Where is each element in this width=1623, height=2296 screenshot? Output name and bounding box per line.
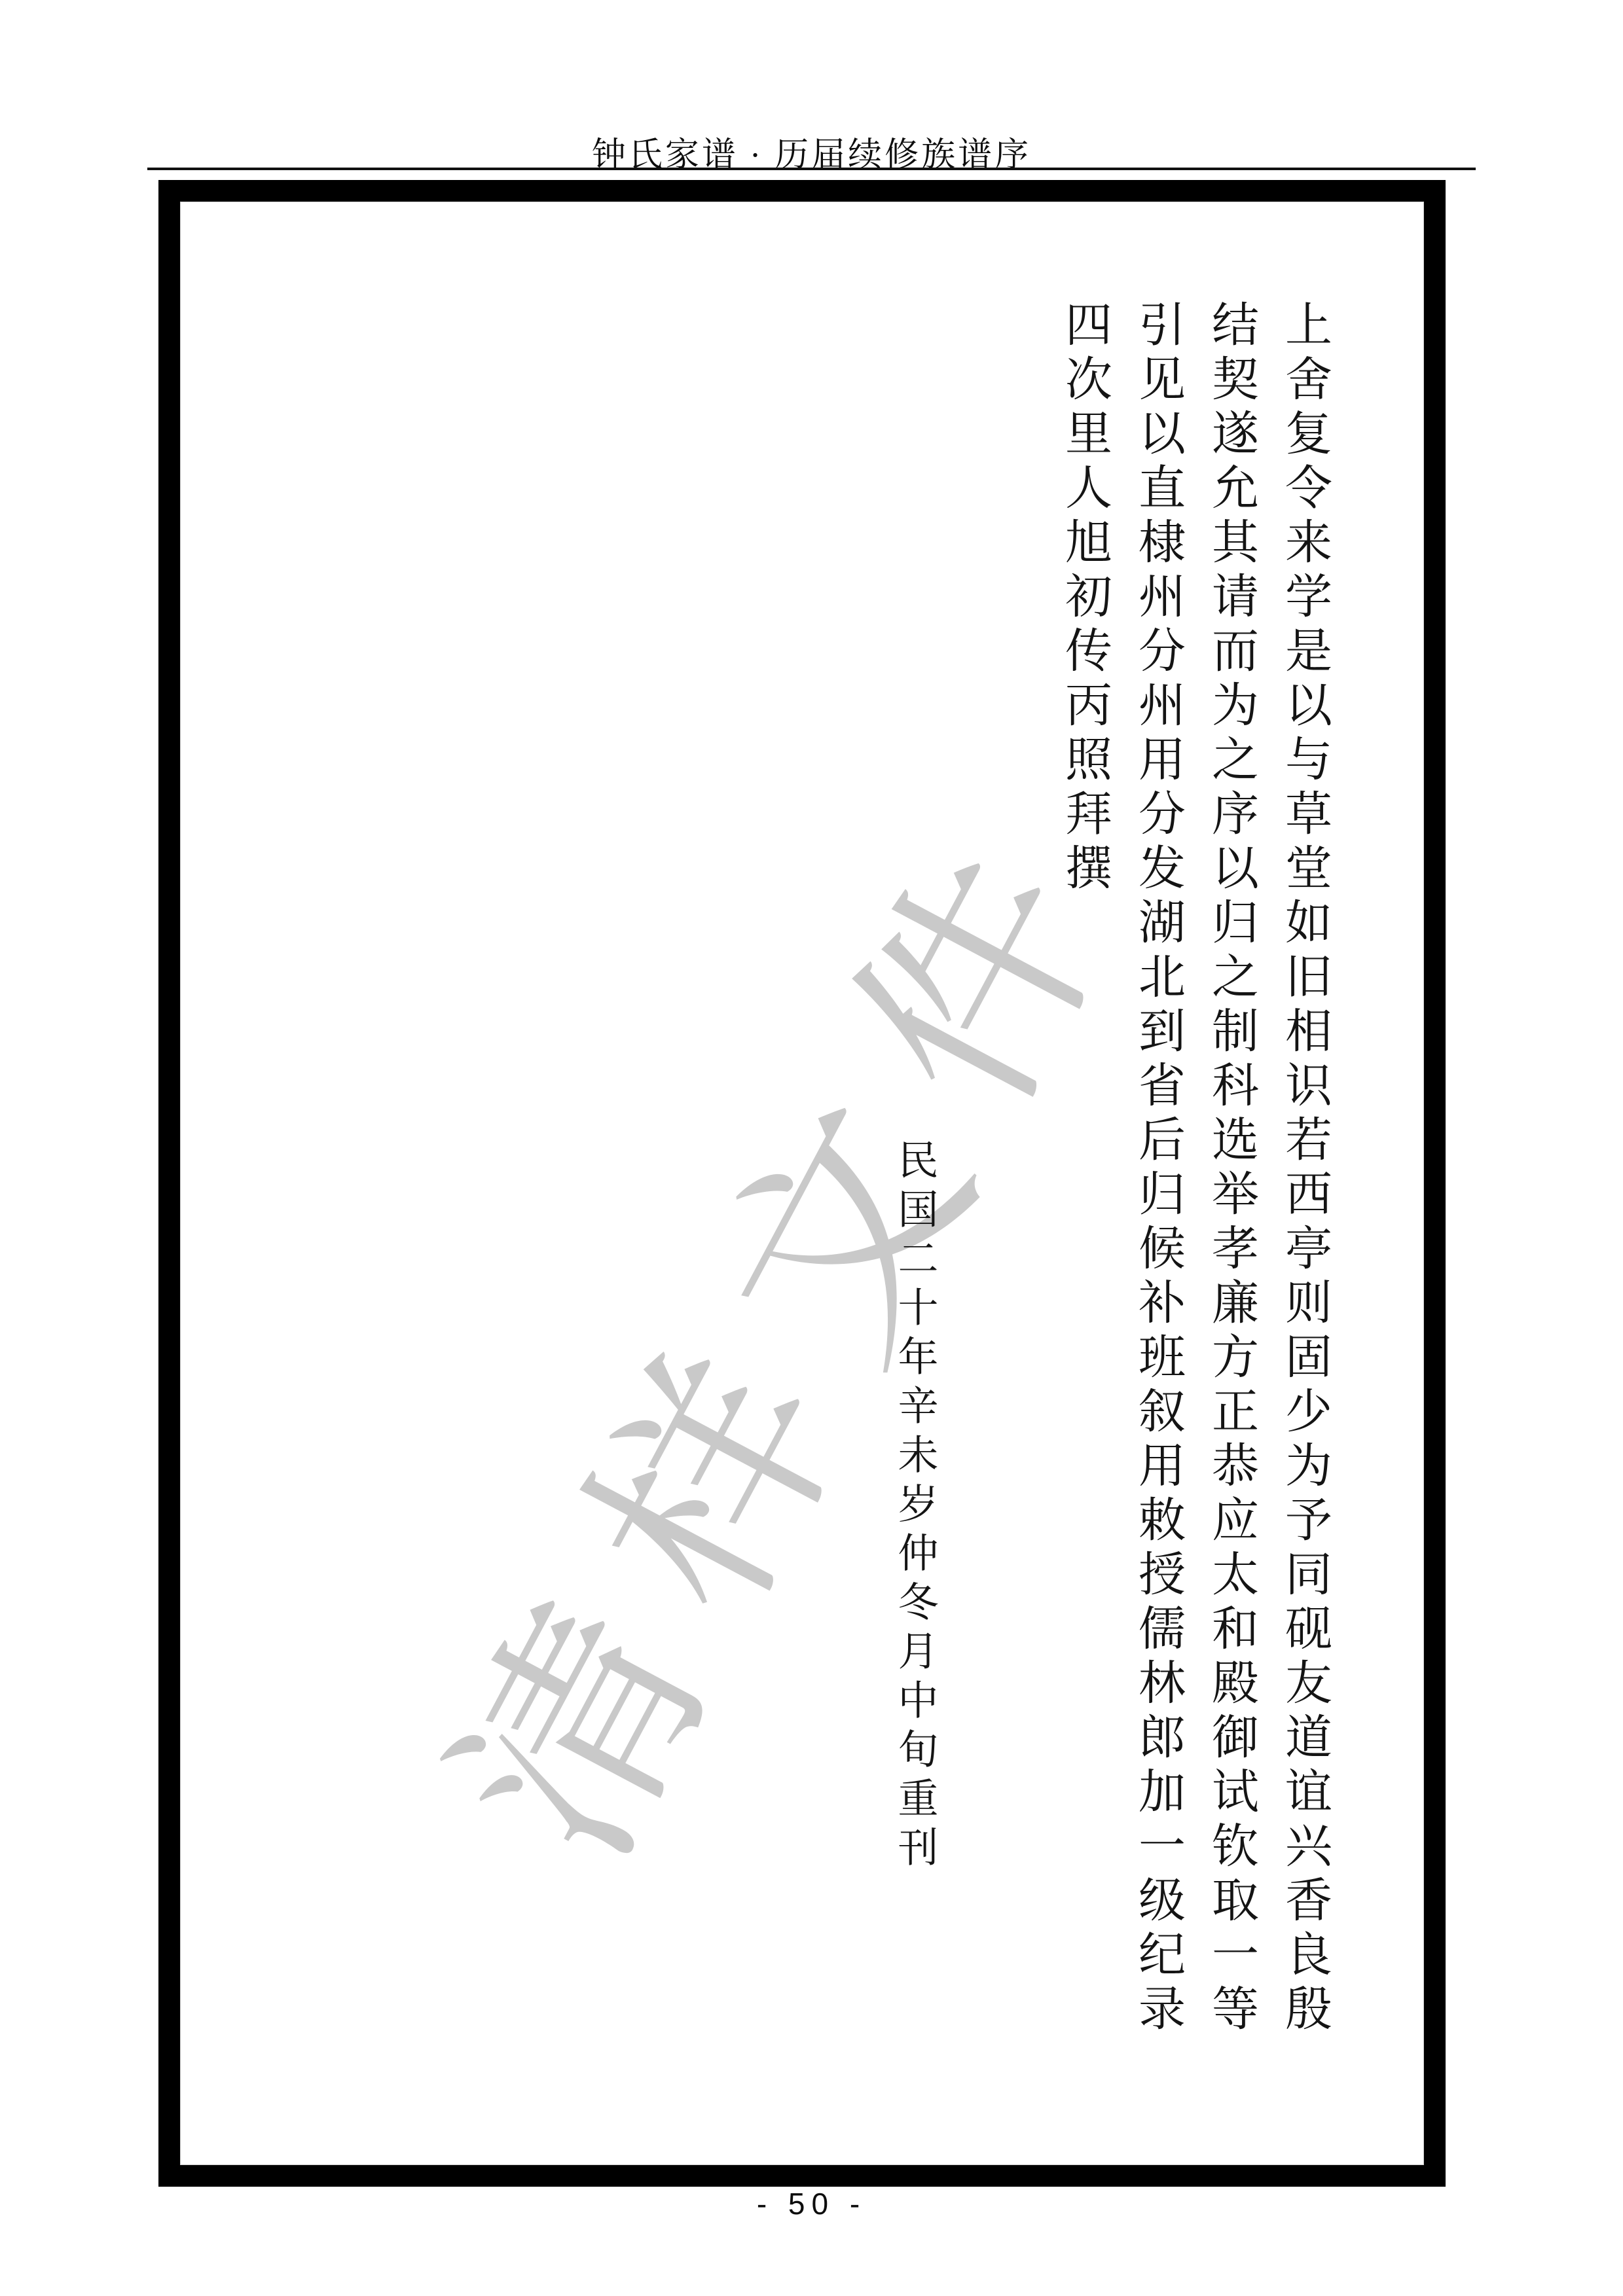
genealogy-page: 钟氏家谱 · 历届续修族谱序 清样文件 上舍复令来学是以与草堂如旧相识若西亭则固… [0,0,1623,2296]
text-column-1: 上舍复令来学是以与草堂如旧相识若西亭则固少为予同砚友道谊兴香良殷 [1281,300,1328,2038]
page-number: - 50 - [0,2186,1623,2221]
text-column-3: 引见以直棣州分州用分发湖北到省后归候补班叙用敕授儒林郎加一级纪录 [1134,300,1181,2038]
date-column: 民国二十年辛未岁仲冬月中旬重刊 [894,1139,934,1875]
header-rule [147,168,1476,170]
signature-column: 四次里人旭初传丙照拜撰 [1061,300,1108,897]
text-column-2: 结契遂允其请而为之序以归之制科选举孝廉方正恭应太和殿御试钦取一等 [1207,300,1254,2038]
